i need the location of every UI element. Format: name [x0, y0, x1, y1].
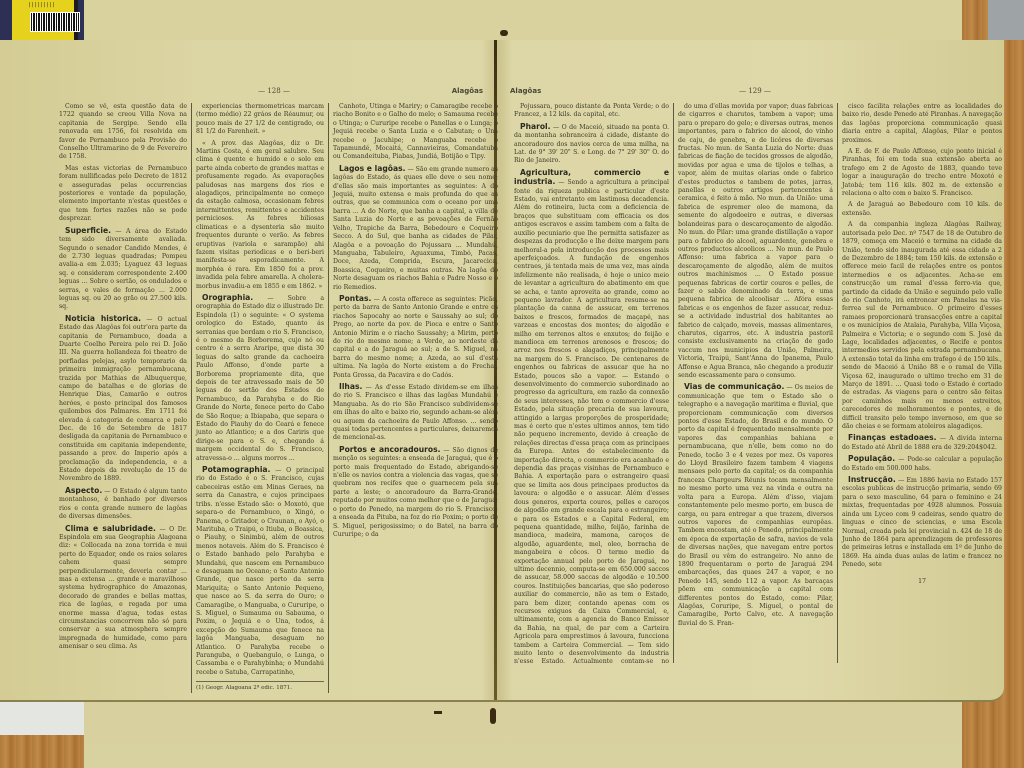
section-ilhas: Ilhas. — As d'esse Estado dividem-se em …: [333, 383, 498, 443]
section-title: Aspecto.: [65, 486, 102, 495]
section-title: Ilhas.: [339, 382, 362, 391]
paragraph: experiencias thermometricas marcam (term…: [196, 103, 324, 137]
left-column-1: Como se vê, esta questão data de 1722 qu…: [55, 103, 191, 693]
paragraph: A da companhia ingleza Alagôas Railway, …: [842, 221, 1002, 431]
section-noticia-historica: Noticia historica. — O actual Estado das…: [59, 315, 187, 484]
section-title: Vias de communicação.: [684, 382, 784, 391]
footnote: (1) Geogr. Alagoana 2ª edic. 1871.: [196, 681, 324, 692]
paragraph: Pojussara, pouco distante da Ponta Verde…: [514, 103, 669, 120]
section-title: Superficie.: [65, 226, 111, 235]
section-title: Pharol.: [520, 122, 551, 131]
section-title: Pontas.: [339, 294, 371, 303]
ink-mark: [434, 711, 442, 714]
paragraph: do uma d'ellas movida por vapor; duas fa…: [678, 103, 833, 380]
book-spread: — 128 — Alagôas Como se vê, esta questão…: [0, 40, 1004, 702]
section-pontas: Pontas. — A costa offerece as seguintes:…: [333, 295, 498, 380]
section-portos: Portos e ancoradouros. — São dignos de m…: [333, 446, 498, 539]
section-potamographia: Potamographia. — O principal rio do Esta…: [196, 466, 324, 677]
page-number-right: — 129 —: [510, 87, 1000, 95]
section-populacao: População. — Pode-se calcular a populaçã…: [842, 455, 1002, 473]
section-title: Finanças estadoaes.: [848, 433, 937, 442]
section-instruccao: Instrucção. — Em 1886 havia no Estado 15…: [842, 476, 1002, 569]
section-title: População.: [848, 454, 895, 463]
section-financas: Finanças estadoaes. — A divida interna d…: [842, 434, 1002, 452]
paragraph: Canhoto, Utinga e Mariry; o Camaragibe r…: [333, 103, 498, 162]
section-title: Clima e salubridade.: [65, 524, 156, 533]
left-column-3: Canhoto, Utinga e Mariry; o Camaragibe r…: [328, 103, 502, 693]
section-agricultura: Agricultura, commercio e industria. — Se…: [514, 169, 669, 663]
paragraph: cisco facilita relações entre as localid…: [842, 103, 1002, 145]
photo-corner: [988, 0, 1024, 40]
barcode-number: |||||||||: [28, 2, 55, 8]
right-column-1: Pojussara, pouco distante da Ponta Verde…: [510, 103, 673, 663]
right-columns: Pojussara, pouco distante da Ponta Verde…: [510, 103, 1006, 663]
left-column-2: experiencias thermometricas marcam (term…: [191, 103, 328, 693]
section-orographia: Orographia. — Sobre a orographia do Esta…: [196, 294, 324, 463]
signature-mark: 17: [842, 578, 1002, 586]
right-column-3: cisco facilita relações entre as localid…: [837, 103, 1006, 663]
section-title: Instrucção.: [848, 475, 896, 484]
page-number-left: — 128 —: [55, 87, 493, 95]
paragraph: A de Jaraguá ao Bebedouro com 10 kils. d…: [842, 201, 1002, 218]
paragraph: « A prov. das Alagôas, diz o Dr. Martins…: [196, 140, 324, 291]
running-title-left: Alagôas: [452, 87, 483, 95]
section-title: Potamographia.: [202, 465, 270, 474]
paragraph: A E. de F. de Paulo Affonso, cujo ponto …: [842, 148, 1002, 198]
section-title: Portos e ancoradouros.: [339, 445, 441, 454]
section-lagos: Lagos e lagôas. — São em grande numero a…: [333, 165, 498, 292]
left-columns: Como se vê, esta questão data de 1722 qu…: [55, 103, 502, 693]
section-vias: Vias de communicação. — Os meios de comm…: [678, 383, 833, 628]
section-title: Lagos e lagôas.: [339, 164, 406, 173]
section-clima: Clima e salubridade. — O Dr. Espindola e…: [59, 525, 187, 652]
binding-tear-top: [500, 30, 508, 36]
paragraph: Como se vê, esta questão data de 1722 qu…: [59, 103, 187, 162]
right-column-2: do uma d'ellas movida por vapor; duas fa…: [673, 103, 837, 663]
section-title: Orographia.: [202, 293, 253, 302]
section-aspecto: Aspecto. — O Estado é algum tanto montan…: [59, 487, 187, 522]
section-title: Noticia historica.: [65, 314, 141, 323]
barcode-sticker: |||||||||: [12, 0, 78, 44]
section-pharol: Pharol. — O de Maceió, situado na ponta …: [514, 123, 669, 166]
barcode-icon: [30, 12, 80, 32]
section-superficie: Superficie. — A área do Estado tem sido …: [59, 227, 187, 312]
paragraph: Mas estas victorias de Pernambuco foram …: [59, 165, 187, 224]
binding-tear-bottom: [490, 708, 496, 724]
